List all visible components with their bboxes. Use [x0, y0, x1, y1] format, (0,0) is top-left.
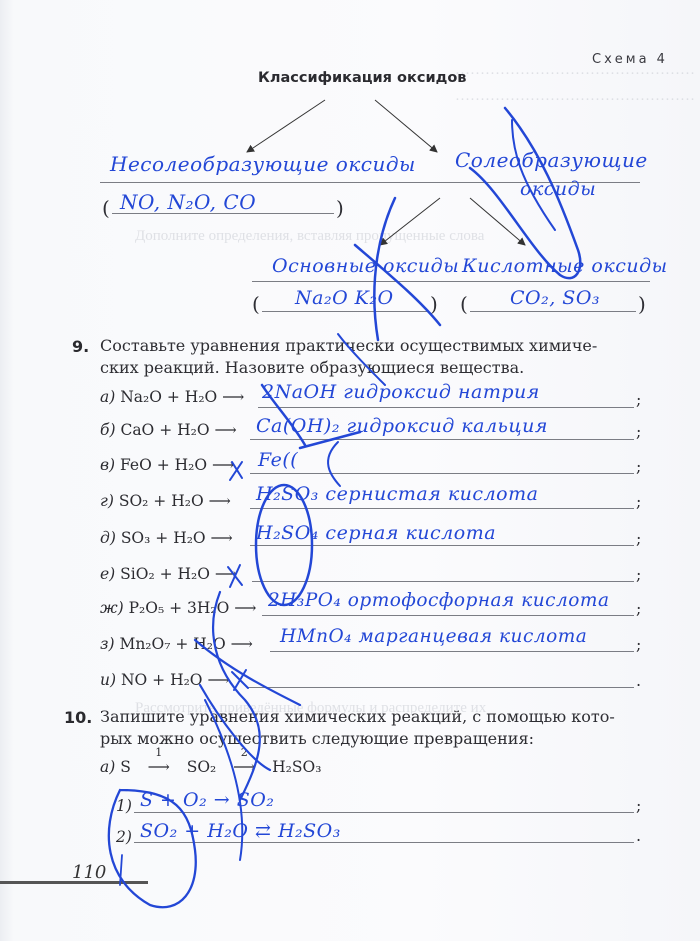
reaction-formula: SO₃ + H₂O ⟶ [121, 529, 233, 547]
reaction-a: а) Na₂O + H₂O ⟶ [100, 388, 244, 406]
reaction-zh: ж) P₂O₅ + 3H₂O ⟶ [100, 599, 256, 617]
item-label: е) [100, 565, 115, 583]
answer-line [248, 687, 634, 688]
answer-line [270, 651, 634, 652]
bleed-through-text: ………………………………………… [455, 88, 695, 105]
answer-line [250, 508, 634, 509]
close-paren: ) [336, 196, 344, 220]
handwritten-answer-d: H₂SO₄ серная кислота [256, 522, 496, 544]
item-label: д) [100, 529, 116, 547]
open-paren: ( [460, 292, 468, 316]
reaction-g: г) SO₂ + H₂O ⟶ [100, 492, 231, 510]
schema-label: Схема 4 [592, 52, 668, 67]
answer-line [134, 842, 634, 843]
reaction-e: е) SiO₂ + H₂O ⟶ [100, 565, 237, 583]
handwritten-answer-zh: 2H₃PO₄ ортофосфорная кислота [268, 590, 610, 611]
handwritten-basic-examples: Na₂O K₂O [295, 287, 394, 309]
task-10-number: 10. [64, 708, 92, 727]
line-end: ; [636, 390, 641, 409]
line-end: ; [636, 422, 641, 441]
step-2-label: 2) [116, 828, 132, 846]
open-paren: ( [102, 196, 110, 220]
item-label: з) [100, 635, 115, 653]
item-label: ж) [100, 599, 124, 617]
line-end: ; [636, 529, 641, 548]
reaction-formula: SO₂ + H₂O ⟶ [119, 492, 231, 510]
chain-arrow-1: 1⟶ [136, 758, 182, 776]
handwritten-salt-oxides-2: оксиды [520, 178, 596, 200]
handwritten-answer-g: H₂SO₃ сернистая кислота [256, 483, 538, 505]
footer-rule [0, 881, 148, 884]
chain-end: H₂SO₃ [272, 758, 321, 776]
answer-line [250, 545, 634, 546]
item-label: а) [100, 388, 115, 406]
reaction-formula: P₂O₅ + 3H₂O ⟶ [129, 599, 257, 617]
handwritten-answer-z: HMnO₄ марганцевая кислота [280, 626, 587, 647]
bleed-through-text: Дополните определения, вставляя пропущен… [135, 228, 695, 245]
reaction-b: б) CaO + H₂O ⟶ [100, 421, 237, 439]
reaction-z: з) Mn₂O₇ + H₂O ⟶ [100, 635, 253, 653]
reaction-formula: Na₂O + H₂O ⟶ [120, 388, 244, 406]
task-9-text-line1: Составьте уравнения практически осуществ… [100, 335, 645, 357]
line-end: . [636, 671, 641, 690]
scheme-answer-line [252, 281, 650, 282]
handwritten-answer-v: Fe(( [258, 449, 298, 471]
answer-line [262, 615, 634, 616]
item-label: и) [100, 671, 116, 689]
reaction-formula: FeO + H₂O ⟶ [120, 456, 234, 474]
close-paren: ) [430, 292, 438, 316]
step-number: 1 [136, 746, 182, 759]
handwritten-answer-a: 2NaOH гидроксид натрия [262, 381, 540, 403]
answer-line [134, 812, 634, 813]
item-label: в) [100, 456, 115, 474]
reaction-v: в) FeO + H₂O ⟶ [100, 456, 234, 474]
examples-line [262, 311, 428, 312]
reaction-formula: CaO + H₂O ⟶ [120, 421, 236, 439]
open-paren: ( [252, 292, 260, 316]
item-label: б) [100, 421, 116, 439]
conversion-chain: а) S 1⟶ SO₂ 2⟶ H₂SO₃ [100, 758, 321, 776]
line-end: ; [636, 457, 641, 476]
page-number: 110 [72, 862, 106, 883]
reaction-formula: SiO₂ + H₂O ⟶ [120, 565, 237, 583]
handwritten-nonsalt-oxides: Несолеобразующие оксиды [110, 152, 416, 176]
reaction-formula: Mn₂O₇ + H₂O ⟶ [119, 635, 252, 653]
chain-arrow-2: 2⟶ [221, 758, 267, 776]
step-label: 2) [116, 828, 132, 846]
schema-title: Классификация оксидов [258, 70, 466, 86]
line-end: ; [636, 635, 641, 654]
line-end: ; [636, 492, 641, 511]
task-9-number: 9. [72, 337, 89, 356]
step-number: 2 [221, 746, 267, 759]
line-end: ; [636, 599, 641, 618]
handwritten-basic-oxides: Основные оксиды [272, 255, 459, 277]
examples-line [470, 311, 636, 312]
handwritten-step-2: SO₂ + H₂O ⇄ H₂SO₃ [140, 820, 341, 842]
line-end: ; [636, 796, 641, 815]
line-end: . [636, 826, 641, 845]
answer-line [258, 407, 634, 408]
reaction-i: и) NO + H₂O ⟶ [100, 671, 230, 689]
task-10-text-line1: Запишите уравнения химических реакций, с… [100, 706, 645, 728]
answer-line [250, 473, 634, 474]
line-end: ; [636, 565, 641, 584]
handwritten-acidic-examples: CO₂, SO₃ [510, 287, 600, 309]
step-1-label: 1) [116, 797, 132, 815]
handwritten-acidic-oxides: Кислотные оксиды [462, 255, 668, 277]
reaction-formula: NO + H₂O ⟶ [121, 671, 230, 689]
handwritten-salt-oxides: Солеобразующие [455, 148, 648, 172]
answer-line [250, 439, 634, 440]
handwritten-nonsalt-examples: NO, N₂O, CO [120, 190, 256, 214]
chain-label: а) [100, 758, 115, 776]
reaction-d: д) SO₃ + H₂O ⟶ [100, 529, 233, 547]
close-paren: ) [638, 292, 646, 316]
chain-start: S [120, 758, 131, 776]
task-9-text-line2: ских реакций. Назовите образующиеся веще… [100, 357, 645, 379]
handwritten-step-1: S + O₂ → SO₂ [140, 789, 274, 811]
handwritten-answer-b: Ca(OH)₂ гидроксид кальция [256, 415, 548, 437]
step-label: 1) [116, 797, 132, 815]
chain-mid: SO₂ [187, 758, 217, 776]
answer-line [252, 581, 634, 582]
item-label: г) [100, 492, 114, 510]
